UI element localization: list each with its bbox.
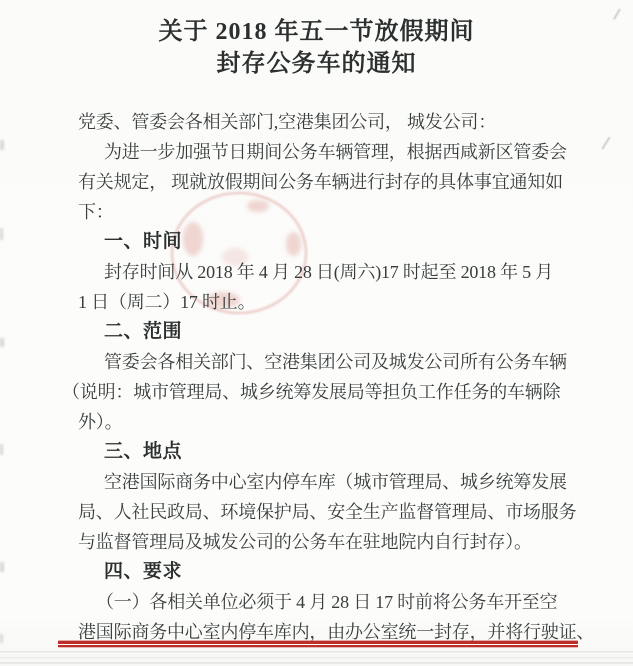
- document-line: 外）。: [78, 407, 588, 437]
- notice-document-page: 关于 2018 年五一节放假期间 封存公务车的通知 党委、管委会各相关部门,空港…: [0, 0, 633, 666]
- document-line: 下：: [78, 197, 588, 227]
- section-heading: 三、地点: [78, 437, 588, 467]
- document-line: 封存时间从 2018 年 4 月 28 日(周六)17 时起至 2018 年 5…: [78, 257, 588, 287]
- document-title-line-1: 关于 2018 年五一节放假期间: [0, 16, 633, 48]
- section-heading: 四、要求: [78, 557, 588, 587]
- section-heading: 二、范围: [78, 317, 588, 347]
- document-title-line-2: 封存公务车的通知: [0, 48, 633, 80]
- document-line: 有关规定， 现就放假期间公务车辆进行封存的具体事宜通知如: [78, 167, 588, 197]
- scan-artifact: [0, 338, 4, 347]
- scan-artifact: [0, 228, 3, 240]
- document-line: 1 日（周二）17 时止。: [78, 287, 588, 317]
- document-line: 党委、管委会各相关部门,空港集团公司， 城发公司：: [78, 107, 588, 137]
- red-underline-annotation: [58, 640, 578, 648]
- scan-artifact: [0, 140, 4, 150]
- scan-artifact: [0, 562, 4, 572]
- document-title: 关于 2018 年五一节放假期间 封存公务车的通知: [0, 16, 633, 80]
- scan-artifact-band: [0, 651, 633, 666]
- document-line: 空港国际商务中心室内停车库（城市管理局、城乡统筹发展: [78, 467, 588, 497]
- document-line: 管委会各相关部门、空港集团公司及城发公司所有公务车辆: [78, 347, 588, 377]
- document-line: 为进一步加强节日期间公务车辆管理，根据西咸新区管委会: [78, 137, 588, 167]
- scan-artifact: [0, 444, 3, 455]
- scan-artifact: [601, 137, 610, 150]
- document-body: 党委、管委会各相关部门,空港集团公司， 城发公司：为进一步加强节日期间公务车辆管…: [78, 107, 588, 647]
- document-line: （说明：城市管理局、城乡统筹发展局等担负工作任务的车辆除: [62, 377, 588, 407]
- document-line: （一）各相关单位必须于 4 月 28 日 17 时前将公务车开至空: [70, 587, 588, 617]
- section-heading: 一、时间: [78, 227, 588, 257]
- scan-artifact: [0, 634, 3, 643]
- document-line: 与监督管理局及城发公司的公务车在驻地院内自行封存）。: [78, 527, 588, 557]
- document-line: 局、人社民政局、环境保护局、安全生产监督管理局、市场服务: [78, 497, 588, 527]
